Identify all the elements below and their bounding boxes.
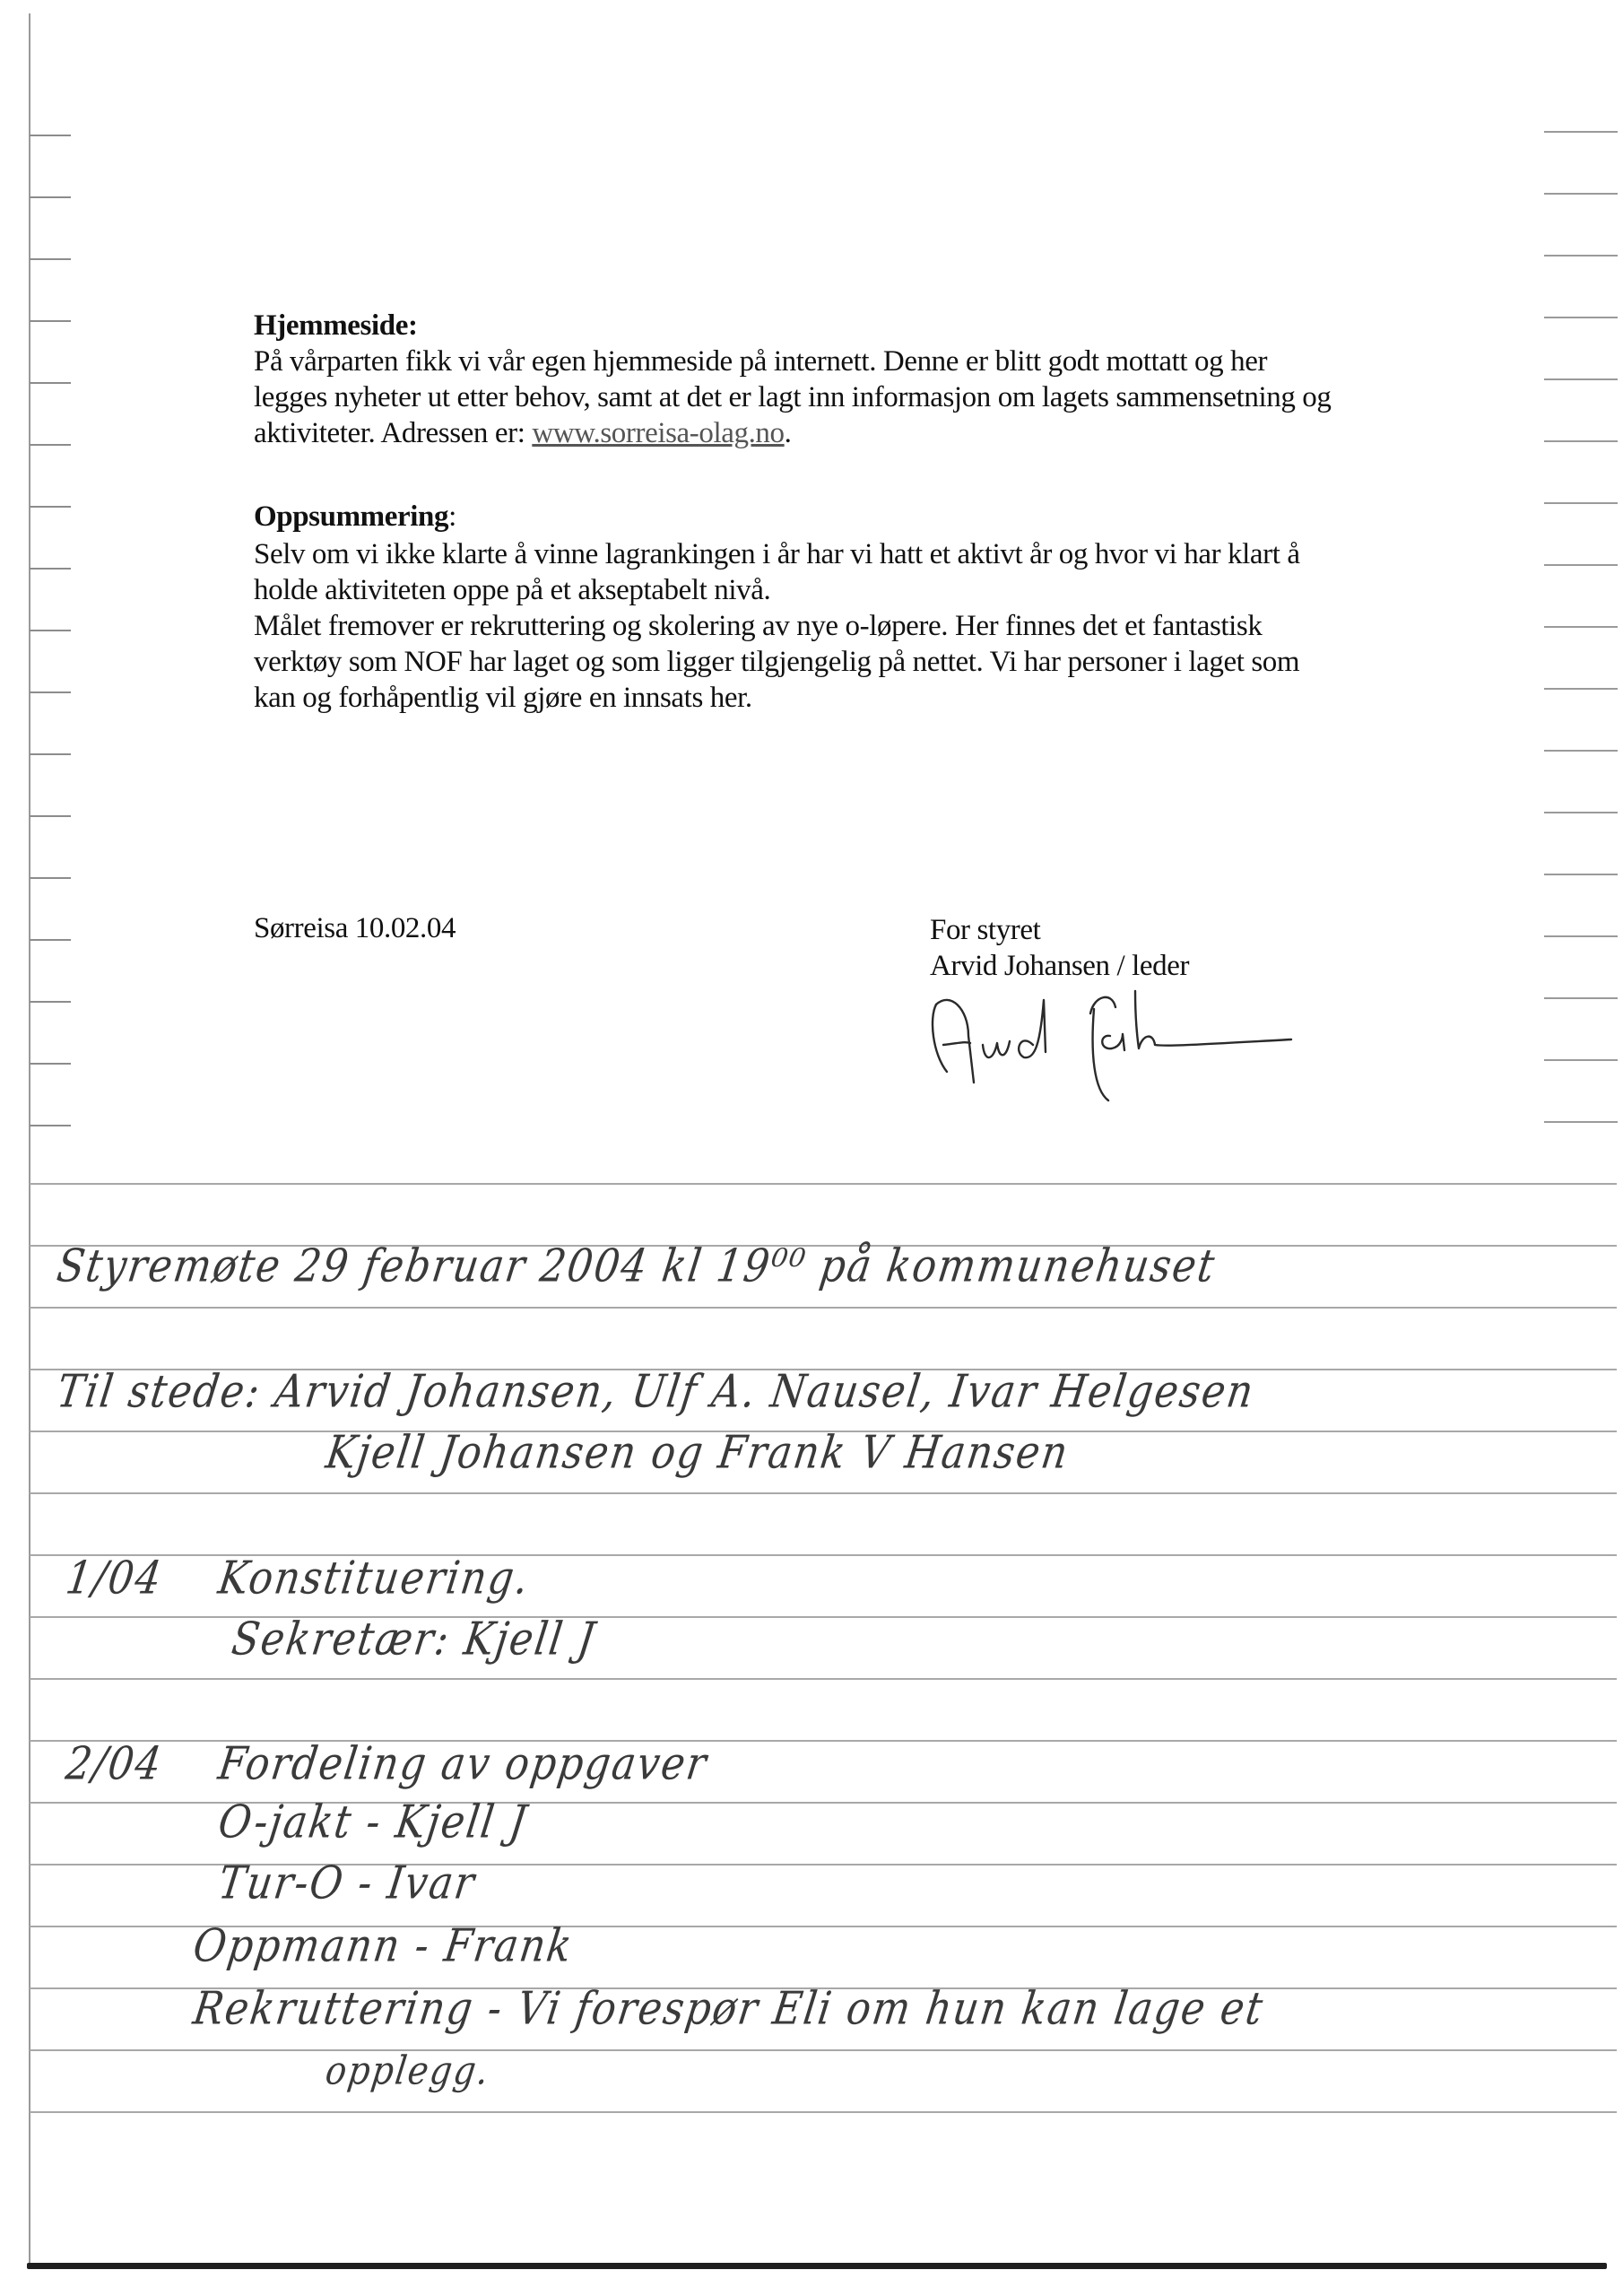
margin-tick (1544, 440, 1618, 442)
hjemmeside-line-1: På vårparten fikk vi vår egen hjemmeside… (254, 345, 1267, 378)
margin-tick (30, 815, 71, 817)
margin-tick (30, 1001, 71, 1003)
margin-tick (1544, 502, 1618, 504)
case-2-detail-3: Oppmann - Frank (190, 1919, 577, 1972)
heading-colon: : (448, 500, 456, 533)
margin-tick (30, 444, 71, 446)
ruled-line (30, 2049, 1617, 2051)
ruled-line (30, 2111, 1617, 2113)
heading-oppsummering-row: Oppsummering: (254, 500, 456, 534)
signoff-name-title: Arvid Johansen / leder (930, 950, 1189, 983)
address-period: . (785, 417, 792, 449)
hjemmeside-line-3: aktiviteter. Adressen er: www.sorreisa-o… (254, 417, 792, 450)
margin-tick (1544, 378, 1618, 380)
address-label: aktiviteter. Adressen er: (254, 417, 532, 449)
margin-tick (30, 939, 71, 941)
ruled-line (30, 1183, 1617, 1185)
page-bottom-edge (27, 2263, 1607, 2269)
margin-tick (1544, 688, 1618, 690)
minutes-attendees-line-1: Til stede: Arvid Johansen, Ulf A. Nausel… (54, 1365, 1258, 1418)
oppsummering-line-2: holde aktiviteten oppe på et akseptabelt… (254, 574, 770, 607)
margin-tick (1544, 1059, 1618, 1061)
case-1-title: Konstituering. (215, 1552, 534, 1605)
oppsummering-line-3: Målet fremover er rekruttering og skoler… (254, 610, 1262, 643)
oppsummering-line-5: kan og forhåpentlig vil gjøre en innsats… (254, 682, 752, 715)
minutes-title: Styremøte 29 februar 2004 kl 19⁰⁰ på kom… (54, 1239, 1219, 1292)
case-2-detail-4: Rekruttering - Vi forespør Eli om hun ka… (190, 1982, 1267, 2035)
margin-tick (1544, 997, 1618, 999)
hjemmeside-line-2: legges nyheter ut etter behov, samt at d… (254, 381, 1332, 414)
margin-tick (30, 258, 71, 260)
ruled-line (30, 1307, 1617, 1309)
margin-tick (30, 320, 71, 322)
heading-oppsummering: Oppsummering (254, 500, 448, 533)
margin-tick (1544, 750, 1618, 752)
oppsummering-line-4: verktøy som NOF har laget og som ligger … (254, 646, 1299, 679)
website-link[interactable]: www.sorreisa-olag.no (532, 417, 784, 449)
margin-tick (30, 877, 71, 879)
signoff-for-styret: For styret (930, 914, 1040, 947)
margin-tick (30, 196, 71, 198)
left-margin-line (29, 13, 30, 2269)
case-2-detail-5: opplegg. (323, 2048, 493, 2093)
margin-tick (30, 630, 71, 631)
margin-tick (1544, 1121, 1618, 1123)
margin-tick (1544, 131, 1618, 133)
margin-tick (1544, 812, 1618, 813)
margin-tick (30, 1125, 71, 1126)
minutes-attendees-line-2: Kjell Johansen og Frank V Hansen (323, 1426, 1072, 1479)
margin-tick (30, 753, 71, 755)
margin-tick (30, 506, 71, 508)
heading-hjemmeside: Hjemmeside: (254, 309, 418, 343)
margin-tick (1544, 317, 1618, 318)
margin-tick (30, 1063, 71, 1065)
ruled-line (30, 1678, 1617, 1680)
scanned-page: Hjemmeside: På vårparten fikk vi vår ege… (0, 0, 1623, 2296)
handwritten-signature (924, 982, 1300, 1117)
oppsummering-line-1: Selv om vi ikke klarte å vinne lagrankin… (254, 538, 1300, 571)
margin-tick (30, 568, 71, 570)
case-2-title: Fordeling av oppgaver (215, 1737, 711, 1790)
margin-tick (1544, 255, 1618, 257)
case-2-detail-2: Tur-O - Ivar (215, 1857, 479, 1909)
margin-tick (30, 382, 71, 384)
ruled-line (30, 1492, 1617, 1494)
case-2-number: 2/04 (63, 1737, 166, 1790)
case-2-detail-1: O-jakt - Kjell J (215, 1796, 531, 1848)
margin-tick (1544, 874, 1618, 875)
margin-tick (1544, 626, 1618, 628)
margin-tick (1544, 193, 1618, 195)
case-1-number: 1/04 (63, 1552, 166, 1605)
margin-tick (30, 691, 71, 693)
place-date: Sørreisa 10.02.04 (254, 912, 456, 945)
margin-tick (1544, 564, 1618, 566)
margin-tick (30, 135, 71, 136)
margin-tick (1544, 935, 1618, 937)
case-1-detail-1: Sekretær: Kjell J (229, 1613, 599, 1665)
